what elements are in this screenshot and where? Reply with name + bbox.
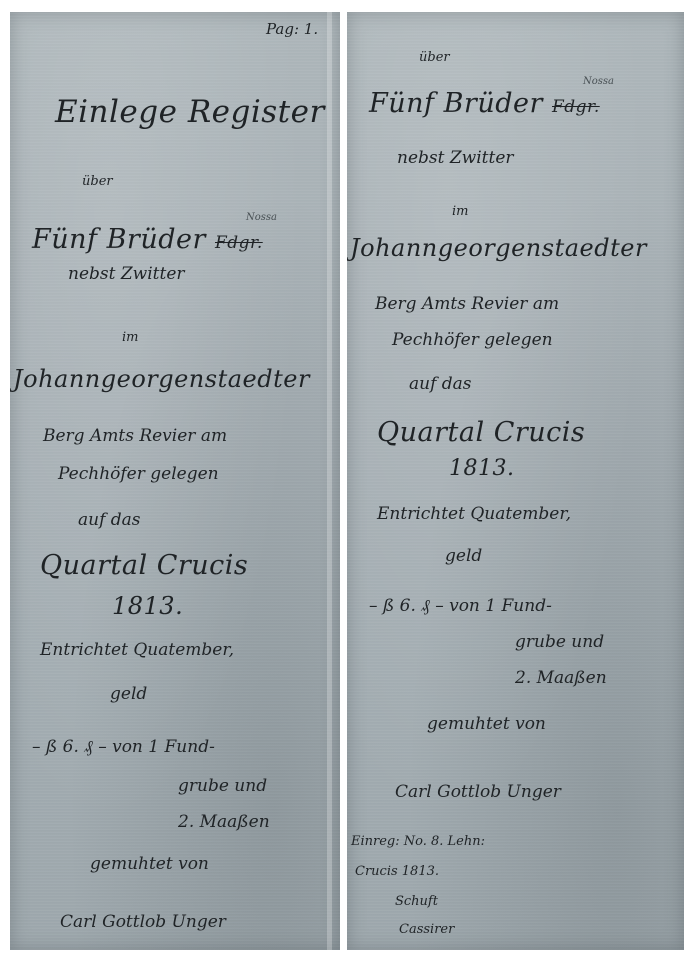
on-the-label: auf das	[78, 510, 141, 530]
register-title: Einlege Register	[55, 94, 325, 130]
amount-line-3: 2. Maaßen	[178, 812, 270, 832]
amount-line-2: grube und	[515, 632, 604, 652]
by-label: gemuhtet von	[427, 714, 546, 734]
registration-note-2: Crucis 1813.	[355, 864, 439, 879]
over-label: über	[419, 50, 450, 65]
subtitle: nebst Zwitter	[68, 264, 185, 284]
year: 1813.	[112, 592, 183, 620]
payment-line-2: geld	[110, 684, 147, 704]
district-name: Johanngeorgenstaedter	[350, 234, 647, 262]
registration-note-3: Schuft	[395, 894, 438, 909]
amount-line-2: grube und	[178, 776, 267, 796]
district-line-2: Berg Amts Revier am	[43, 426, 227, 446]
payment-line: Entrichtet Quatember,	[377, 504, 571, 524]
left-page: Pag: 1. Einlege Register über Nossa Fünf…	[10, 12, 340, 950]
payment-line: Entrichtet Quatember,	[40, 640, 234, 660]
amount-line: – ß 6. ₰ – von 1 Fund-	[369, 596, 552, 616]
mine-name-struck: Fdgr.	[215, 233, 263, 253]
mine-name-insert: Nossa	[246, 212, 277, 223]
district-line-3: Pechhöfer gelegen	[58, 464, 219, 484]
in-label: im	[122, 330, 139, 345]
mine-name: Fünf Brüder Fdgr.	[369, 88, 600, 119]
quarter-name: Quartal Crucis	[40, 550, 248, 581]
quarter-name: Quartal Crucis	[377, 417, 585, 448]
mine-name-insert: Nossa	[583, 76, 614, 87]
district-line-3: Pechhöfer gelegen	[392, 330, 553, 350]
mine-name-struck: Fdgr.	[552, 97, 600, 117]
district-line-2: Berg Amts Revier am	[375, 294, 559, 314]
signatory: Carl Gottlob Unger	[60, 912, 226, 932]
amount-line: – ß 6. ₰ – von 1 Fund-	[32, 737, 215, 757]
over-label: über	[82, 174, 113, 189]
in-label: im	[452, 204, 469, 219]
mine-name-text: Fünf Brüder	[32, 224, 206, 255]
mine-name: Fünf Brüder Fdgr.	[32, 224, 263, 255]
amount-line-3: 2. Maaßen	[515, 668, 607, 688]
payment-line-2: geld	[445, 546, 482, 566]
registration-note: Einreg: No. 8. Lehn:	[351, 834, 485, 849]
year: 1813.	[449, 456, 514, 481]
on-the-label: auf das	[409, 374, 472, 394]
signatory: Carl Gottlob Unger	[395, 782, 561, 802]
registration-note-4: Cassirer	[399, 922, 454, 937]
by-label: gemuhtet von	[90, 854, 209, 874]
page-number: Pag: 1.	[266, 20, 318, 38]
right-page: über Nossa Fünf Brüder Fdgr. nebst Zwitt…	[347, 12, 684, 950]
mine-name-text: Fünf Brüder	[369, 88, 543, 119]
district-name: Johanngeorgenstaedter	[13, 365, 310, 393]
subtitle: nebst Zwitter	[397, 148, 514, 168]
